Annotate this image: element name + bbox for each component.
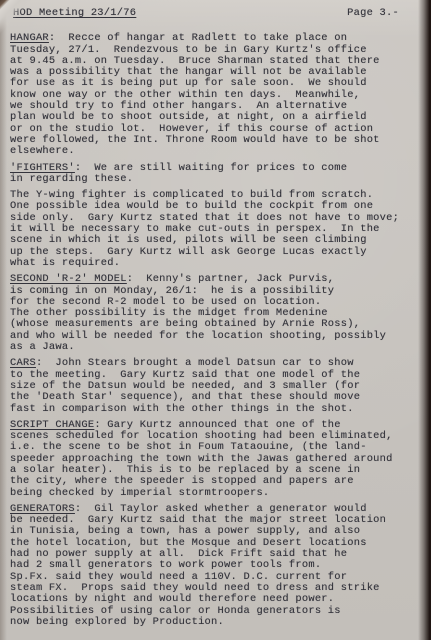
page-title: HOD Meeting 23/1/76 bbox=[13, 8, 136, 19]
section-heading: HANGAR bbox=[10, 32, 49, 44]
page-header: HOD Meeting 23/1/76 Page 3.- bbox=[13, 8, 399, 19]
section-second-r2-model: SECOND 'R-2' MODEL: Kenny's partner, Jac… bbox=[10, 274, 409, 353]
document-photo: HOD Meeting 23/1/76 Page 3.- HANGAR: Rec… bbox=[0, 0, 431, 640]
section-heading: CARS bbox=[10, 357, 36, 369]
section-heading: SECOND 'R-2' MODEL bbox=[10, 273, 127, 285]
section-body: : John Stears brought a model Datsun car… bbox=[10, 357, 360, 414]
section-heading: 'FIGHTERS' bbox=[10, 162, 75, 174]
section-ywing-fighter: The Y-wing fighter is complicated to bui… bbox=[10, 190, 409, 269]
section-body: : Gary Kurtz announced that one of the s… bbox=[10, 419, 393, 499]
section-cars: CARS: John Stears brought a model Datsun… bbox=[10, 358, 409, 414]
section-body: : Kenny's partner, Jack Purvis, is comin… bbox=[10, 273, 386, 353]
section-body: : Recce of hangar at Radlett to take pla… bbox=[10, 32, 380, 157]
page-number: Page 3.- bbox=[347, 8, 399, 19]
typewritten-page: HOD Meeting 23/1/76 Page 3.- HANGAR: Rec… bbox=[0, 0, 431, 640]
section-script-change: SCRIPT CHANGE: Gary Kurtz announced that… bbox=[10, 420, 409, 499]
section-heading: SCRIPT CHANGE bbox=[10, 419, 94, 431]
section-generators: GENERATORS: Gil Taylor asked whether a g… bbox=[10, 504, 409, 628]
section-hangar: HANGAR: Recce of hangar at Radlett to ta… bbox=[10, 33, 409, 157]
section-body: : Gil Taylor asked whether a generator w… bbox=[10, 503, 386, 628]
section-fighters: 'FIGHTERS': We are still waiting for pri… bbox=[10, 163, 409, 186]
section-body: The Y-wing fighter is complicated to bui… bbox=[10, 189, 399, 269]
